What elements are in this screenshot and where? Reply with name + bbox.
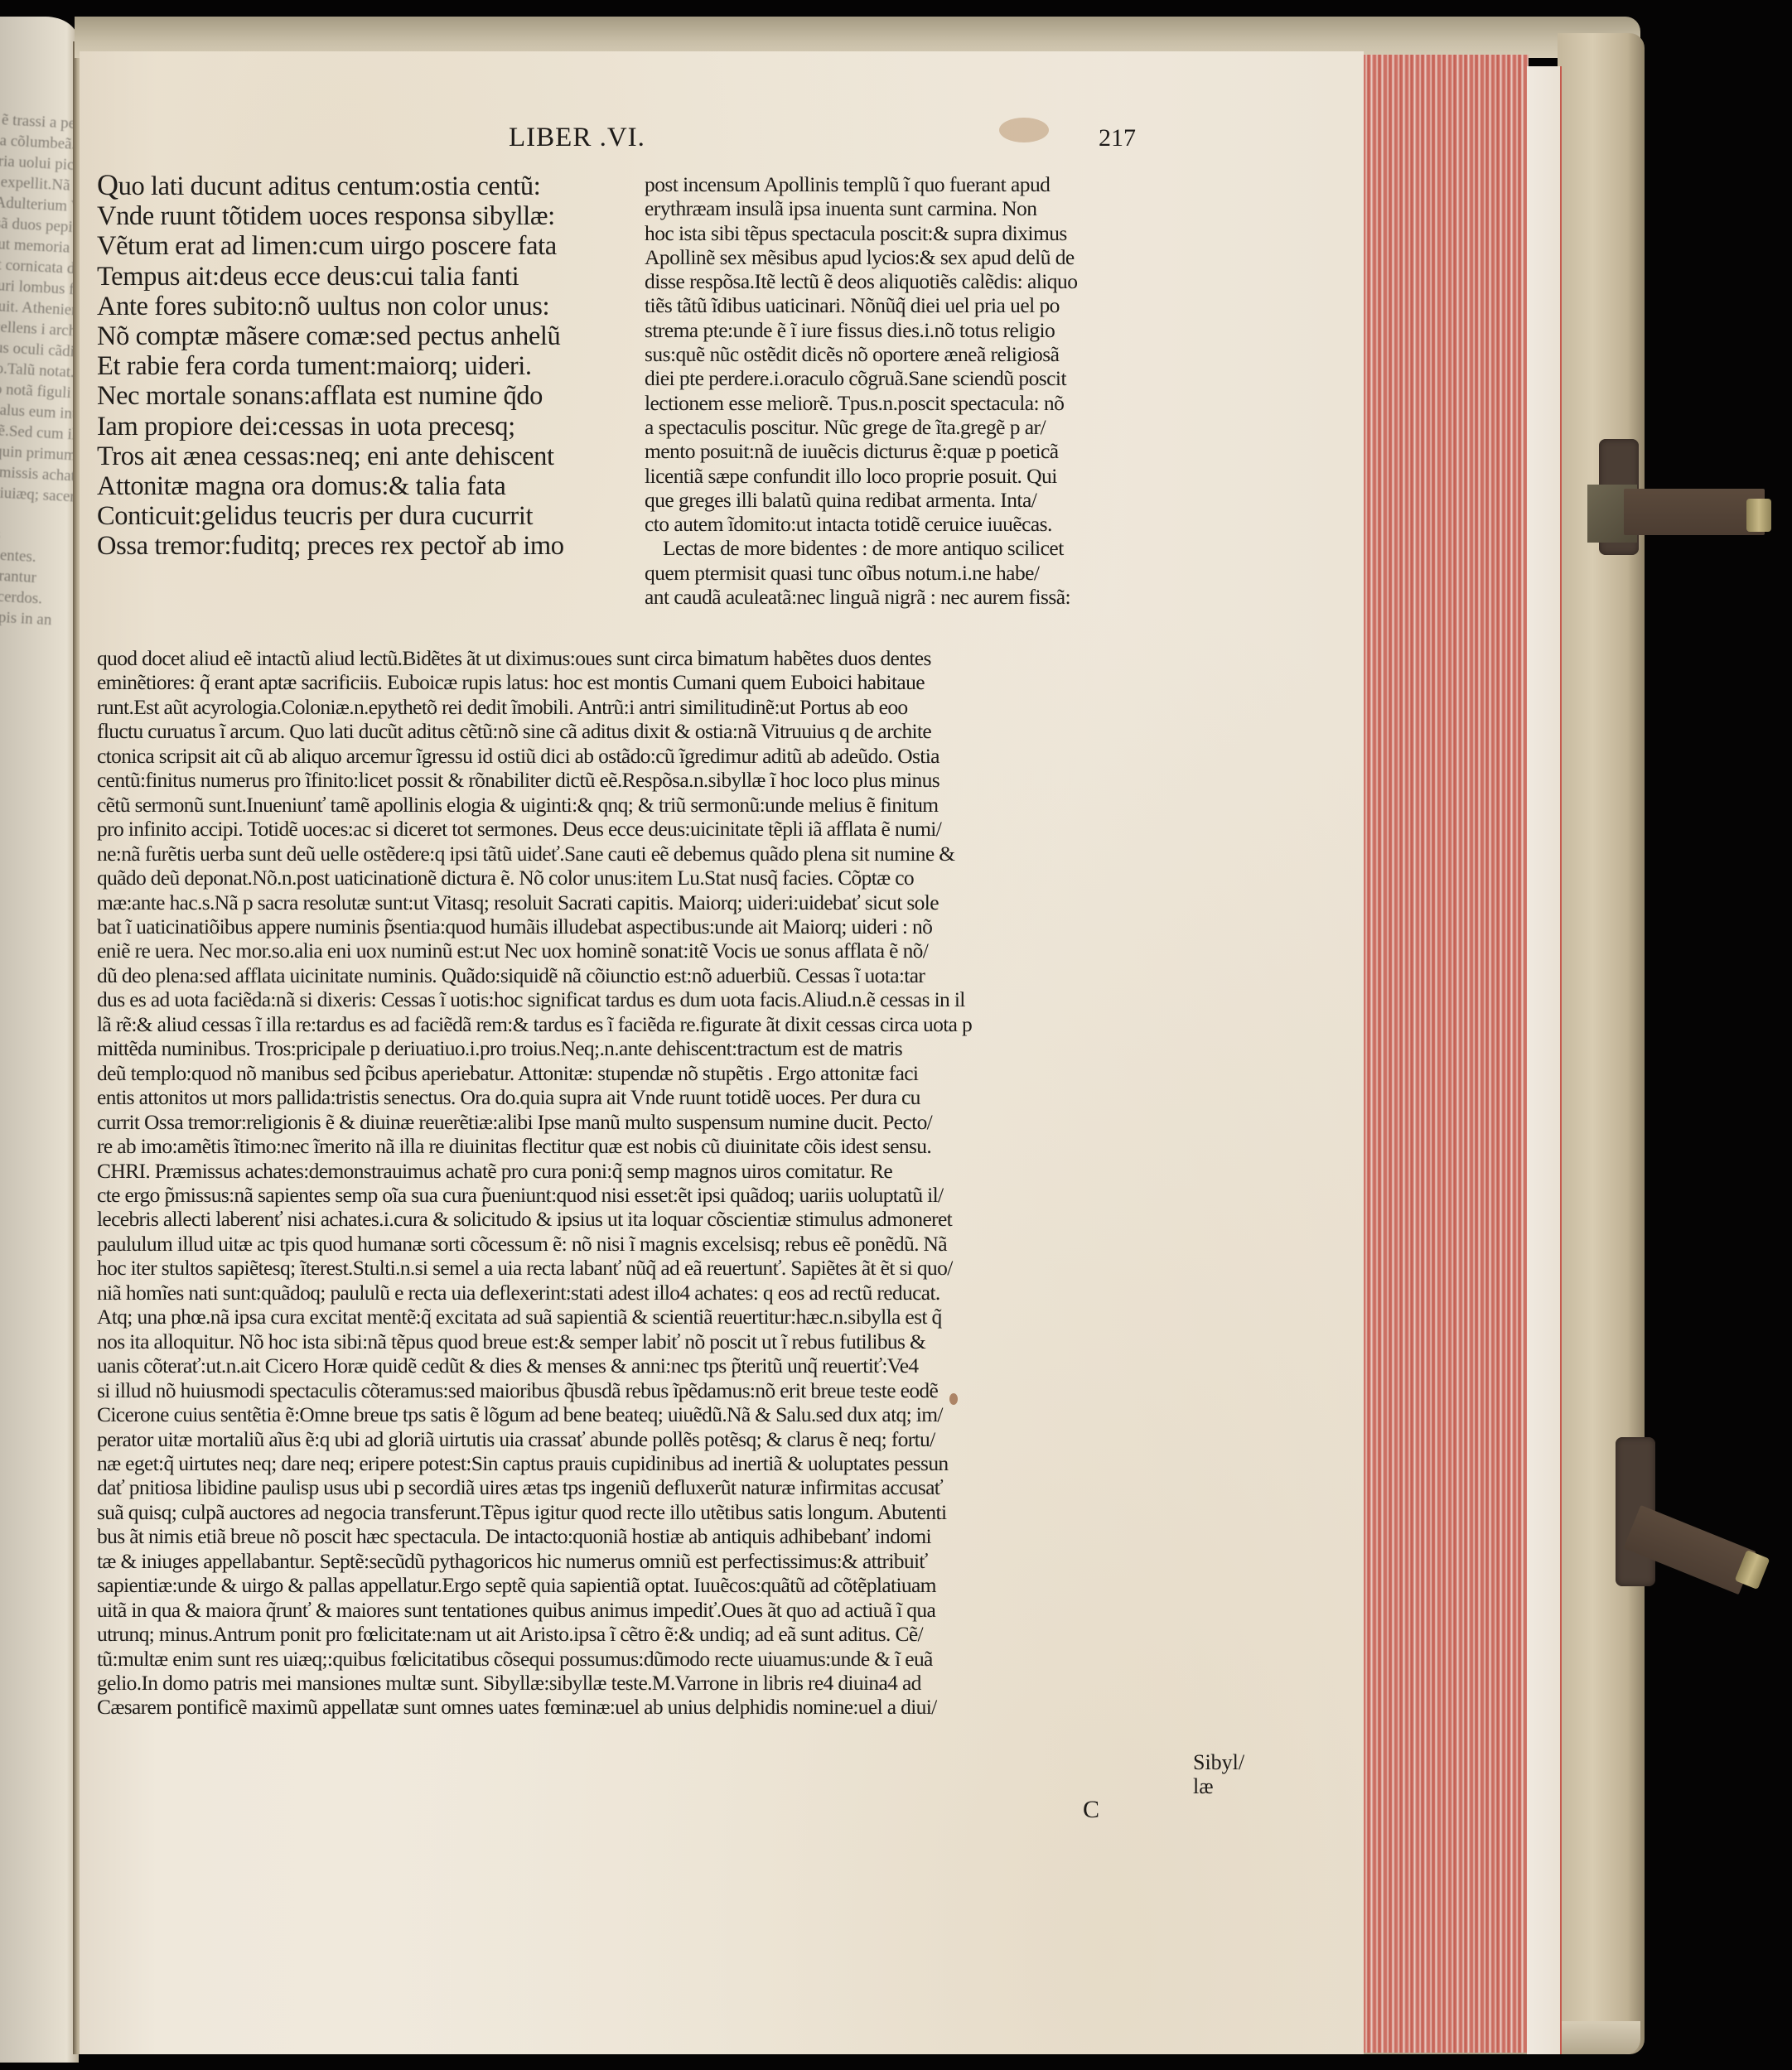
verse-line: Quo lati ducunt aditus centum:ostia cent… <box>97 170 644 201</box>
clasp-strap <box>1624 489 1765 535</box>
foxing-spot <box>999 118 1049 142</box>
commentary-line: strema pte:unde ẽ ĩ iure fissus dies.i.n… <box>645 318 1175 342</box>
commentary-line: suã quisq; culpã auctores ad negocia tra… <box>97 1500 1174 1524</box>
commentary-line: lecebris allecti laberenť nisi achates.i… <box>97 1207 1174 1231</box>
commentary-line: mittẽda numinibus. Tros:pricipale p deri… <box>97 1036 1174 1060</box>
running-head: LIBER .VI. <box>509 123 645 153</box>
commentary-line: bus ãt nimis etiã breue nõ poscit hæc sp… <box>97 1524 1174 1548</box>
red-stained-fore-edge <box>1363 55 1529 2053</box>
verse-line: Vnde ruunt tõtidem uoces responsa sibyll… <box>97 201 644 231</box>
commentary-line: Cicerone cuius sentẽtia ẽ:Omne breue tps… <box>97 1402 1174 1426</box>
commentary-line: si illud nõ huiusmodi spectaculis cõtera… <box>97 1378 1174 1402</box>
commentary-line: næ eget:q̃ uirtutes neq; dare neq; eripe… <box>97 1451 1174 1475</box>
commentary-line: mento posuit:nã de iuuẽcis dicturus ẽ:qu… <box>645 439 1175 463</box>
commentary-line: a spectaculis poscitur. Nũc grege de ĩta… <box>645 415 1175 439</box>
verse-line: Vẽtum erat ad limen:cum uirgo poscere fa… <box>97 231 644 261</box>
verse-line: Ossa tremor:fuditq; preces rex pectoř ab… <box>97 531 644 561</box>
commentary-right-column: post incensum Apollinis templũ ĩ quo fue… <box>645 172 1175 609</box>
commentary-line: centũ:finitus numerus pro ĩfinito:licet … <box>97 768 1174 792</box>
commentary-line: diei pte perdere.i.oraculo cõgruã.Sane s… <box>645 366 1175 390</box>
sidenote-line: Sibyl/ <box>1193 1750 1244 1774</box>
commentary-line: post incensum Apollinis templũ ĩ quo fue… <box>645 172 1175 196</box>
commentary-line: lectionem esse meliorẽ. Tpus.n.poscit sp… <box>645 391 1175 415</box>
commentary-line: gelio.In domo patris mei mansiones multæ… <box>97 1671 1174 1695</box>
commentary-line: eminẽtiores: q̃ erant aptæ sacrificiis. … <box>97 670 1174 694</box>
commentary-line: runt.Est aũt acyrologia.Coloniæ.n.epythe… <box>97 695 1174 719</box>
commentary-line: pro infinito accipi. Totidẽ uoces:ac si … <box>97 817 1174 841</box>
verse-line: Tros ait ænea cessas:neq; eni ante dehis… <box>97 442 644 471</box>
commentary-line: dũ deo plena:sed afflata uicinitate numi… <box>97 963 1174 987</box>
facing-verso-page: quod ẽ trassi a permpa una cõlumbeã. Sep… <box>0 17 79 2063</box>
commentary-line: licentiã sæpe confundit illo loco propri… <box>645 464 1175 488</box>
commentary-line: bat ĩ uaticinatiõibus appere numinis p̃s… <box>97 914 1174 938</box>
verse-line: Conticuit:gelidus teucris per dura cucur… <box>97 501 644 531</box>
commentary-line: niã homĩes nati sunt:quãdoq; paululũ e r… <box>97 1281 1174 1305</box>
commentary-line: dať pnitiosa libidine paulisp usus ubi p… <box>97 1475 1174 1499</box>
commentary-line: hoc ista sibi tẽpus spectacula poscit:& … <box>645 221 1175 245</box>
commentary-line: que greges illi balatũ quina redibat arm… <box>645 488 1175 512</box>
commentary-line: cẽtũ sermonũ sunt.Inueniunť tamẽ apollin… <box>97 793 1174 817</box>
commentary-line: paululum illud uitæ ac tpis quod humanæ … <box>97 1232 1174 1256</box>
signature-mark: C <box>1083 1796 1099 1824</box>
verse-line: Iam propiore dei:cessas in uota precesq; <box>97 412 644 442</box>
facing-page-text: quod ẽ trassi a permpa una cõlumbeã. Sep… <box>0 108 79 632</box>
commentary-line: lã rẽ:& aliud cessas ĩ illa re:tardus es… <box>97 1012 1174 1036</box>
commentary-line: quod docet aliud eẽ intactũ aliud lectũ.… <box>97 646 1174 670</box>
commentary-line: uitã in qua & maiora q̃runť & maiores su… <box>97 1598 1174 1622</box>
commentary-line: Cæsarem pontificẽ maximũ appellatæ sunt … <box>97 1695 1174 1719</box>
commentary-line: ctonica scripsit ait cũ ab aliquo arcemu… <box>97 744 1174 768</box>
commentary-line: quem ptermisit quasi tunc oĩbus notum.i.… <box>645 561 1175 585</box>
verse-line: Nec mortale sonans:afflata est numine q̃… <box>97 381 644 411</box>
commentary-full-width: quod docet aliud eẽ intactũ aliud lectũ.… <box>97 646 1174 1720</box>
commentary-line: mæ:ante hac.s.Nã p sacra resolutæ sunt:u… <box>97 890 1174 914</box>
commentary-line: dus es ad uota faciẽda:nã si dixeris: Ce… <box>97 987 1174 1011</box>
commentary-line: sus:quẽ nũc ostẽdit dicẽs nõ oportere æn… <box>645 342 1175 366</box>
commentary-line: tiẽs tãtũ ĩdibus uaticinari. Nõnũq̃ diei… <box>645 293 1175 317</box>
commentary-line: tæ & iniuges appellabantur. Septẽ:secũdũ… <box>97 1549 1174 1573</box>
commentary-line: Lectas de more bidentes : de more antiqu… <box>645 536 1175 560</box>
commentary-line: eniẽ re uera. Nec mor.so.alia eni uox nu… <box>97 938 1174 963</box>
commentary-line: cte ergo p̃missus:nã sapientes semp oĩa … <box>97 1183 1174 1207</box>
commentary-line: ne:nã furẽtis uerba sunt deũ uelle ostẽd… <box>97 842 1174 866</box>
commentary-line: sapientiæ:unde & uirgo & pallas appellat… <box>97 1573 1174 1597</box>
verse-line: Ante fores subito:nõ uultus non color un… <box>97 292 644 321</box>
commentary-line: hoc iter stultos sapiẽtesq; ĩterest.Stul… <box>97 1256 1174 1280</box>
commentary-line: fluctu curuatus ĩ arcum. Quo lati ducũt … <box>97 719 1174 743</box>
commentary-line: perator uitæ mortaliũ aĩus ẽ:q ubi ad gl… <box>97 1427 1174 1451</box>
commentary-line: Atq; una phœ.nã ipsa cura excitat mentẽ:… <box>97 1305 1174 1329</box>
commentary-line: CHRI. Præmissus achates:demonstrauimus a… <box>97 1159 1174 1183</box>
commentary-line: Apollinẽ sex mẽsibus apud lycios:& sex a… <box>645 245 1175 269</box>
verse-block: Quo lati ducunt aditus centum:ostia cent… <box>97 170 644 562</box>
commentary-line: cto autem ĩdomito:ut intacta totidẽ ceru… <box>645 512 1175 536</box>
commentary-line: currit Ossa tremor:religionis ẽ & diuinæ… <box>97 1110 1174 1134</box>
commentary-line: re ab imo:amẽtis ĩtimo:nec ĩmerito nã il… <box>97 1134 1174 1158</box>
commentary-line: utrunq; minus.Antrum ponit pro fœlicitat… <box>97 1622 1174 1646</box>
commentary-line: disse respõsa.Itẽ lectũ ẽ deos aliquotiẽ… <box>645 269 1175 293</box>
commentary-line: deũ templo:quod nõ manibus sed p̃cibus a… <box>97 1061 1174 1085</box>
vellum-cover-right-edge <box>1558 33 1645 2054</box>
verse-line: Nõ comptæ mãsere comæ:sed pectus anhelũ <box>97 321 644 351</box>
commentary-line: ant caudã aculeatã:nec linguã nigrã : ne… <box>645 585 1175 609</box>
verse-line: Tempus ait:deus ecce deus:cui talia fant… <box>97 262 644 292</box>
commentary-line: quãdo deũ deponat.Nõ.n.post uaticination… <box>97 866 1174 890</box>
marginal-note: Sibyl/læ <box>1193 1750 1244 1798</box>
paper-edge <box>1527 66 1562 2054</box>
commentary-line: nos ita alloquitur. Nõ hoc ista sibi:nã … <box>97 1329 1174 1353</box>
verse-line: Et rabie fera corda tument:maiorq; uider… <box>97 351 644 381</box>
folio-number: 217 <box>1099 124 1136 152</box>
sidenote-line: læ <box>1193 1774 1244 1798</box>
verse-line: Attonitæ magna ora domus:& talia fata <box>97 471 644 501</box>
commentary-line: erythræam insulã ipsa inuenta sunt carmi… <box>645 196 1175 220</box>
commentary-line: uanis cõterať:ut.n.ait Cicero Horæ quidẽ… <box>97 1353 1174 1378</box>
commentary-line: entis attonitos ut mors pallida:tristis … <box>97 1085 1174 1109</box>
commentary-line: tũ:multæ enim sunt res uiæq;:quibus fœli… <box>97 1647 1174 1671</box>
clasp-brass-tip <box>1746 499 1771 532</box>
